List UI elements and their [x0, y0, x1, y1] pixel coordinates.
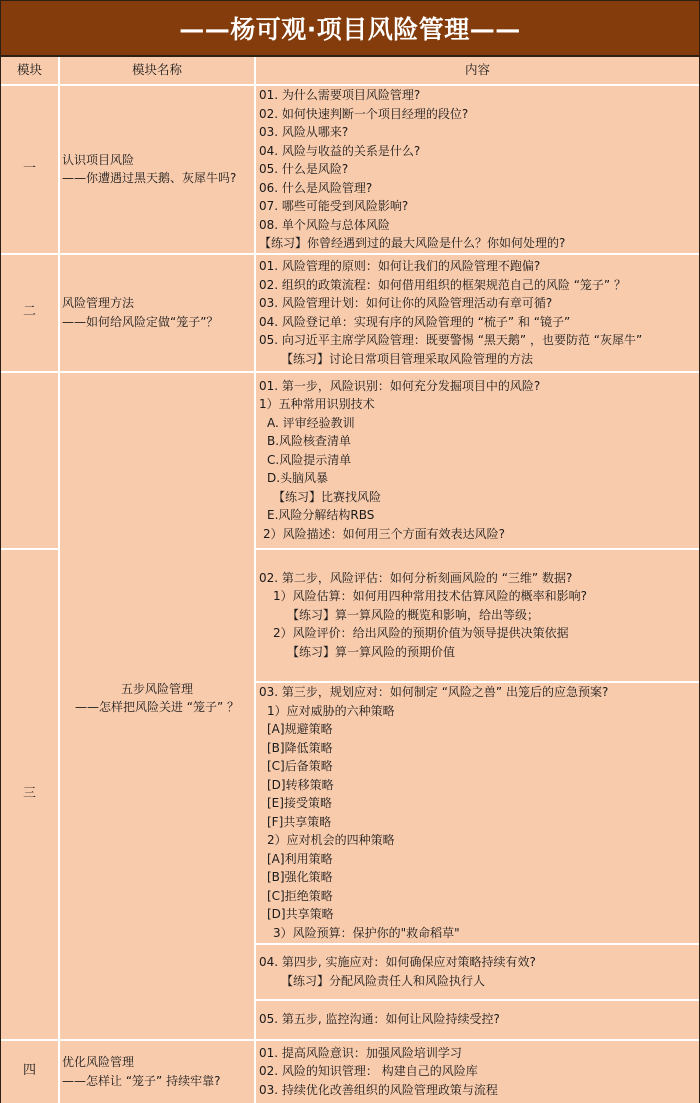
table-row-module-4: 四 优化风险管理 ——怎样让 “笼子” 持续牢靠? 01. 提高风险意识：加强风… [1, 1040, 699, 1103]
content-item: 05. 第五步, 监控沟通：如何让风险持续受控? [259, 1010, 699, 1029]
module-name: 风险管理方法 [62, 294, 254, 313]
strategy-item: [D]转移策略 [259, 776, 699, 795]
table-row-module-3-step-1: 五步风险管理 ——怎样把风险关进 “笼子” ？ 01. 第一步，风险识别：如何充… [1, 372, 699, 549]
content-item: 02. 如何快速判断一个项目经理的段位? [259, 105, 699, 124]
module-name-cell: 风险管理方法 ——如何给风险定做“笼子”？ [59, 254, 255, 372]
table-header-row: 模块 模块名称 内容 [1, 57, 699, 85]
module-content: 05. 第五步, 监控沟通：如何让风险持续受控? [255, 1000, 699, 1040]
exercise-item: 【练习】比赛找风险 [259, 488, 699, 507]
module-name: 优化风险管理 [62, 1053, 254, 1072]
module-content: 02. 第二步，风险评估：如何分析刻画风险的 “三维” 数据? 1）风险估算：如… [255, 549, 699, 682]
content-item: 1）应对威胁的六种策略 [259, 702, 699, 721]
content-item: 01. 第一步，风险识别：如何充分发掘项目中的风险? [259, 377, 699, 396]
module-content: 01. 为什么需要项目风险管理? 02. 如何快速判断一个项目经理的段位? 03… [255, 85, 699, 254]
strategy-item: [C]后备策略 [259, 757, 699, 776]
content-item: 2）应对机会的四种策略 [259, 831, 699, 850]
header-module: 模块 [1, 57, 59, 85]
strategy-item: [D]共享策略 [259, 905, 699, 924]
header-content: 内容 [255, 57, 699, 85]
module-subtitle: ——怎样把风险关进 “笼子” ？ [60, 698, 254, 717]
module-subtitle: ——你遭遇过黑天鹅、灰犀牛吗? [62, 169, 254, 188]
content-item: 01. 提高风险意识：加强风险培训学习 [259, 1044, 699, 1063]
content-item: 06. 什么是风险管理? [259, 179, 699, 198]
module-content: 04. 第四步, 实施应对：如何确保应对策略持续有效? 【练习】分配风险责任人和… [255, 944, 699, 1000]
header-module-name: 模块名称 [59, 57, 255, 85]
content-item: 04. 第四步, 实施应对：如何确保应对策略持续有效? [259, 953, 699, 972]
content-item: B.风险核查清单 [259, 432, 699, 451]
outline-table: 模块 模块名称 内容 一 认识项目风险 ——你遭遇过黑天鹅、灰犀牛吗? 01. … [1, 57, 699, 1103]
content-item: 08. 单个风险与总体风险 [259, 216, 699, 235]
strategy-item: [A]利用策略 [259, 850, 699, 869]
content-item: D.头脑风暴 [259, 469, 699, 488]
content-item: 07. 哪些可能受到风险影响? [259, 197, 699, 216]
module-name-cell: 五步风险管理 ——怎样把风险关进 “笼子” ？ [59, 372, 255, 1040]
module-name-cell: 认识项目风险 ——你遭遇过黑天鹅、灰犀牛吗? [59, 85, 255, 254]
module-content: 01. 风险管理的原则：如何让我们的风险管理不跑偏? 02. 组织的政策流程：如… [255, 254, 699, 372]
exercise-item: 【练习】分配风险责任人和风险执行人 [259, 972, 699, 991]
exercise-item: 【练习】算一算风险的预期价值 [259, 643, 699, 662]
content-item: 01. 为什么需要项目风险管理? [259, 86, 699, 105]
module-index: 一 [1, 85, 59, 254]
content-item: 04. 风险登记单：实现有序的风险管理的 “梳子” 和 “镜子” [259, 313, 699, 332]
content-item: 05. 向习近平主席学风险管理：既要警惕 “黑天鹅” ，也要防范 “灰犀牛” [259, 331, 699, 350]
content-item: 02. 组织的政策流程：如何借用组织的框架规范自己的风险 “笼子” ？ [259, 276, 699, 295]
exercise-item: 【练习】算一算风险的概览和影响，给出等级； [259, 606, 699, 625]
content-item: 3）风险预算：保护你的"救命稻草" [259, 924, 699, 943]
content-item: 04. 风险与收益的关系是什么? [259, 142, 699, 161]
strategy-item: [F]共享策略 [259, 813, 699, 832]
content-item: 03. 风险从哪来? [259, 123, 699, 142]
content-item: A. 评审经验教训 [259, 414, 699, 433]
strategy-item: [C]拒绝策略 [259, 887, 699, 906]
strategy-item: [B]强化策略 [259, 868, 699, 887]
content-item: 03. 第三步，规划应对：如何制定 “风险之兽” 出笼后的应急预案? [259, 683, 699, 702]
content-item: 01. 风险管理的原则：如何让我们的风险管理不跑偏? [259, 257, 699, 276]
content-item: 03. 风险管理计划：如何让你的风险管理活动有章可循? [259, 294, 699, 313]
strategy-item: [A]规避策略 [259, 720, 699, 739]
content-item: 02. 第二步，风险评估：如何分析刻画风险的 “三维” 数据? [259, 569, 699, 588]
content-item: 1）五种常用识别技术 [259, 395, 699, 414]
module-content: 03. 第三步，规划应对：如何制定 “风险之兽” 出笼后的应急预案? 1）应对威… [255, 682, 699, 944]
content-item: E.风险分解结构RBS [259, 506, 699, 525]
strategy-item: [E]接受策略 [259, 794, 699, 813]
content-item: 03. 持续优化改善组织的风险管理政策与流程 [259, 1081, 699, 1100]
content-item: 02. 风险的知识管理： 构建自己的风险库 [259, 1062, 699, 1081]
module-subtitle: ——怎样让 “笼子” 持续牢靠? [62, 1072, 254, 1091]
module-name: 五步风险管理 [60, 680, 254, 699]
module-subtitle: ——如何给风险定做“笼子”？ [62, 313, 254, 332]
module-content: 01. 第一步，风险识别：如何充分发掘项目中的风险? 1）五种常用识别技术 A.… [255, 372, 699, 549]
table-row-module-2: 二 风险管理方法 ——如何给风险定做“笼子”？ 01. 风险管理的原则：如何让我… [1, 254, 699, 372]
module-index-blank [1, 372, 59, 549]
exercise-item: 【练习】讨论日常项目管理采取风险管理的方法 [259, 350, 699, 369]
content-item: 2）风险评价：给出风险的预期价值为领导提供决策依据 [259, 624, 699, 643]
strategy-item: [B]降低策略 [259, 739, 699, 758]
module-name-cell: 优化风险管理 ——怎样让 “笼子” 持续牢靠? [59, 1040, 255, 1103]
content-item: C.风险提示清单 [259, 451, 699, 470]
module-content: 01. 提高风险意识：加强风险培训学习 02. 风险的知识管理： 构建自己的风险… [255, 1040, 699, 1103]
module-index: 二 [1, 254, 59, 372]
module-index: 四 [1, 1040, 59, 1103]
course-outline-sheet: ——杨可观·项目风险管理—— 模块 模块名称 内容 一 认识项目风险 ——你遭遇… [0, 0, 700, 1103]
table-row-module-1: 一 认识项目风险 ——你遭遇过黑天鹅、灰犀牛吗? 01. 为什么需要项目风险管理… [1, 85, 699, 254]
content-item: 1）风险估算：如何用四种常用技术估算风险的概率和影响? [259, 587, 699, 606]
content-item: 2）风险描述：如何用三个方面有效表达风险? [259, 525, 699, 544]
module-index: 三 [1, 549, 59, 1040]
content-item: 05. 什么是风险? [259, 160, 699, 179]
module-name: 认识项目风险 [62, 151, 254, 170]
exercise-item: 【练习】你曾经遇到过的最大风险是什么？你如何处理的? [259, 234, 699, 253]
page-title: ——杨可观·项目风险管理—— [1, 1, 699, 57]
